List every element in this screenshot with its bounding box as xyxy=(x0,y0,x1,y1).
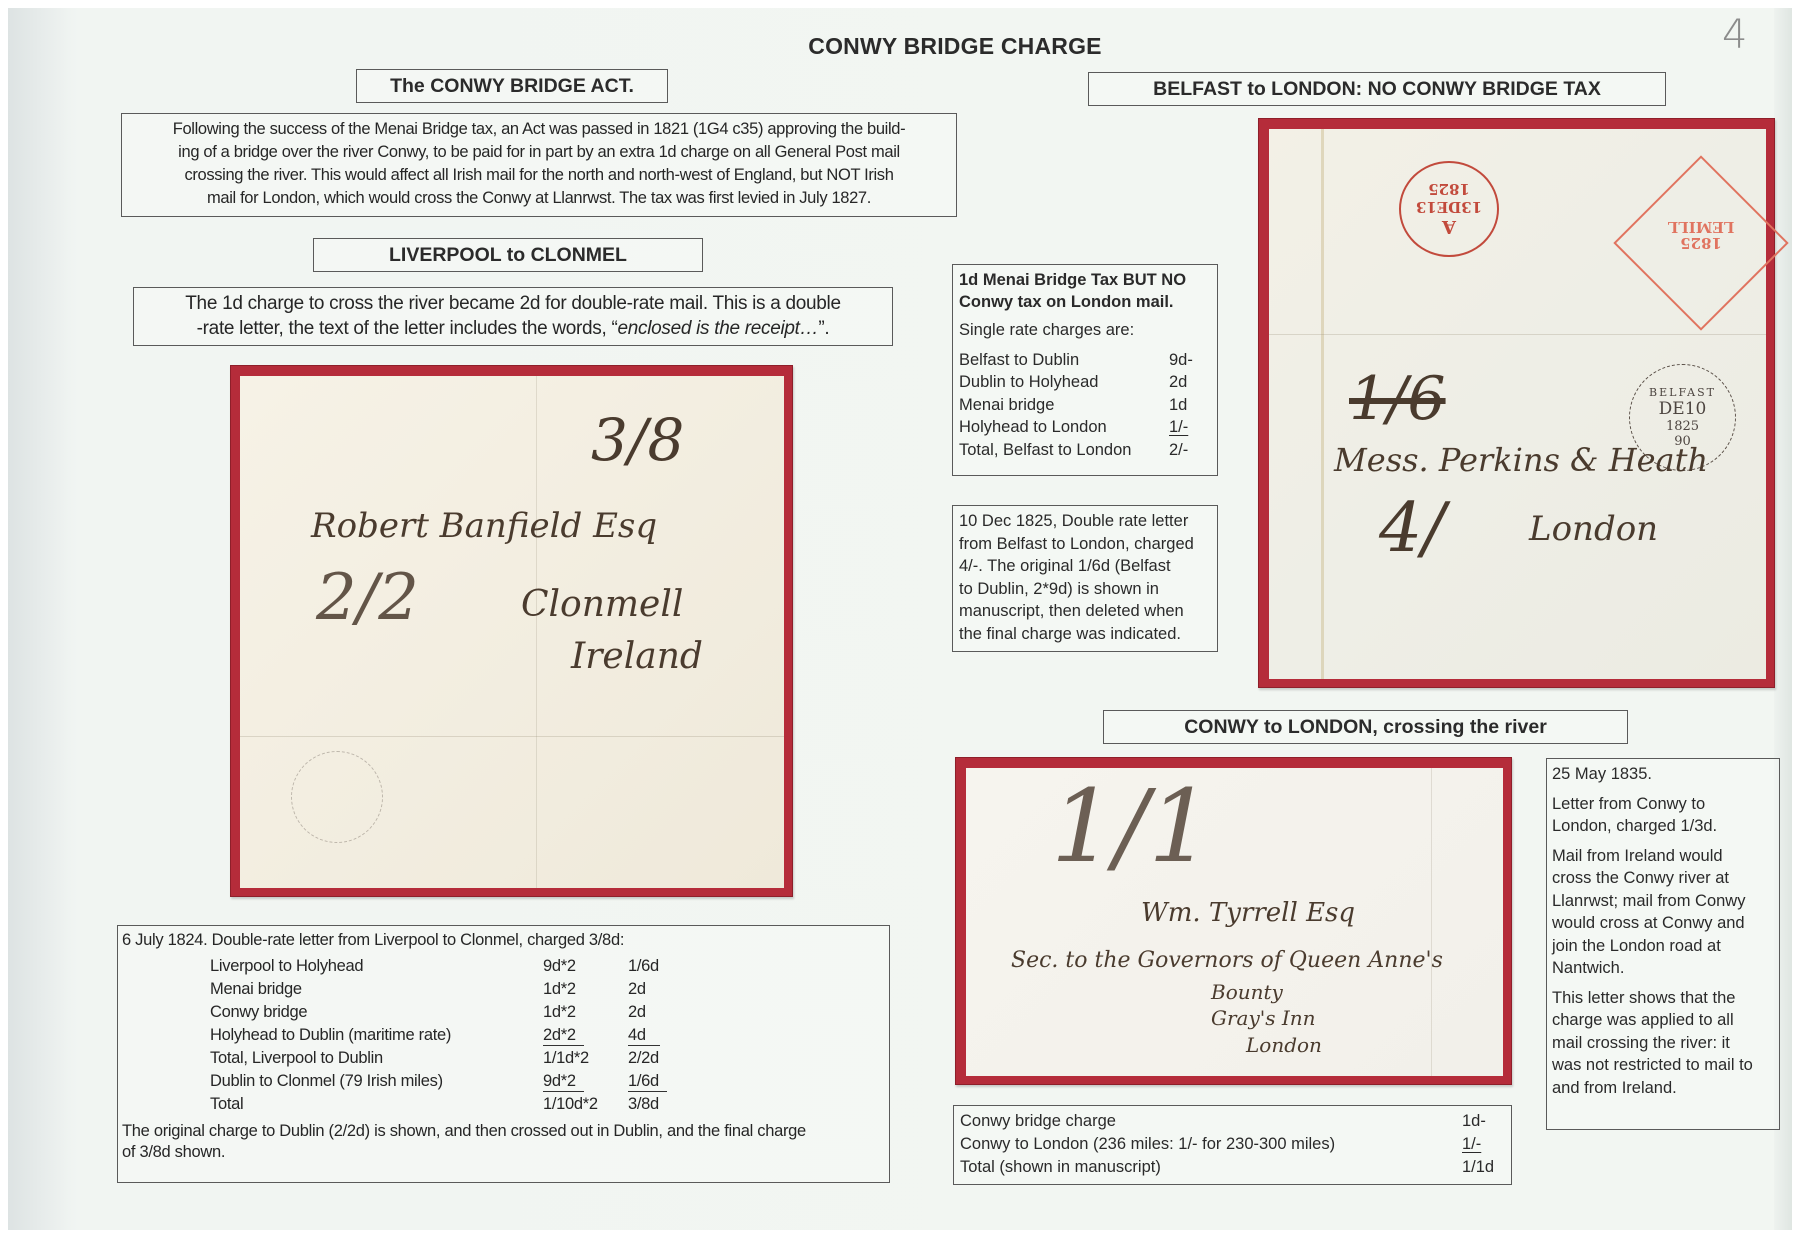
row-label: Dublin to Clonmel (79 Irish miles) xyxy=(122,1070,543,1093)
row-label: Menai bridge xyxy=(122,978,543,1001)
belfast-rates-box: 1d Menai Bridge Tax BUT NO Conwy tax on … xyxy=(952,264,1218,476)
note-paragraph: This letter shows that the charge was ap… xyxy=(1552,987,1774,1100)
table-row: Holyhead to Dublin (maritime rate) 2d*2 … xyxy=(122,1024,885,1047)
note-line: Letter from Conwy to xyxy=(1552,793,1774,816)
row-rate: 9d*2 xyxy=(543,955,628,978)
note-line: Nantwich. xyxy=(1552,957,1774,980)
fold-line xyxy=(1321,129,1324,679)
charge-row: Total (shown in manuscript) 1/1d xyxy=(960,1156,1505,1179)
act-heading-box: The CONWY BRIDGE ACT. xyxy=(356,69,668,103)
liverpool-cover-image: 3/8 Robert Banfield Esq 2/2 Clonmell Ire… xyxy=(230,365,793,897)
rate-amount: 1d xyxy=(1169,394,1187,417)
deleted-charge: 2/2 xyxy=(316,561,419,635)
row-rate: 1d*2 xyxy=(543,1001,628,1024)
charge-label: Total (shown in manuscript) xyxy=(960,1156,1462,1179)
charge-amount: 1d- xyxy=(1462,1110,1486,1133)
postmark-letter: A xyxy=(1442,217,1456,238)
page-number: 4 xyxy=(1722,12,1747,58)
rate-label: Total, Belfast to London xyxy=(959,439,1169,462)
note-line: mail crossing the river: it xyxy=(1552,1032,1774,1055)
belfast-cover-image: A 13DE13 1825 1825 LEMILL BELFAST DE10 1… xyxy=(1258,118,1775,688)
belfast-heading: BELFAST to LONDON: NO CONWY BRIDGE TAX xyxy=(1153,78,1601,101)
liverpool-postmark xyxy=(291,751,383,843)
row-amount: 2d xyxy=(628,1001,688,1024)
conwy-heading-box: CONWY to LONDON, crossing the river xyxy=(1103,710,1628,744)
address-line: Gray's Inn xyxy=(1211,1006,1316,1030)
table-row: Total 1/10d*2 3/8d xyxy=(122,1093,885,1116)
page-title: CONWY BRIDGE CHARGE xyxy=(755,33,1155,63)
conwy-heading: CONWY to LONDON, crossing the river xyxy=(1184,716,1547,739)
row-rate: 1d*2 xyxy=(543,978,628,1001)
note-line: cross the Conwy river at xyxy=(1552,867,1774,890)
row-amount: 1/6d xyxy=(628,1072,667,1092)
detail-heading: 6 July 1824. Double-rate letter from Liv… xyxy=(122,929,885,952)
note-line: manuscript, then deleted when xyxy=(959,600,1211,623)
act-text-line: crossing the river. This would affect al… xyxy=(122,164,956,187)
postmark-date: 13DE13 xyxy=(1416,199,1482,217)
liverpool-intro-line2: -rate letter, the text of the letter inc… xyxy=(134,316,892,341)
address-line: Wm. Tyrrell Esq xyxy=(1141,898,1355,928)
diamond-line: 1825 xyxy=(1656,235,1746,251)
diamond-line: LEMILL xyxy=(1656,219,1746,235)
charge-mark: 3/8 xyxy=(591,406,684,474)
diamond-stamp-text: 1825 LEMILL xyxy=(1656,219,1746,251)
row-amount: 2/2d xyxy=(628,1047,688,1070)
rate-row: Menai bridge 1d xyxy=(959,394,1211,417)
note-line: 10 Dec 1825, Double rate letter xyxy=(959,510,1211,533)
charge-amount: 1/- xyxy=(1462,1133,1481,1156)
row-label: Holyhead to Dublin (maritime rate) xyxy=(122,1024,543,1047)
rate-amount: 9d- xyxy=(1169,349,1193,372)
note-line: the final charge was indicated. xyxy=(959,623,1211,646)
charge-row: Conwy to London (236 miles: 1/- for 230-… xyxy=(960,1133,1505,1156)
rate-amount: 1/- xyxy=(1169,416,1188,439)
intro-suffix: ”. xyxy=(818,318,829,339)
address-line: London xyxy=(1246,1033,1322,1057)
row-amount: 2d xyxy=(628,978,688,1001)
charge-mark: 1/1 xyxy=(1051,768,1212,885)
postmark-year: 1825 xyxy=(1666,419,1699,434)
table-row: Total, Liverpool to Dublin 1/1d*2 2/2d xyxy=(122,1047,885,1070)
rate-amount: 2d xyxy=(1169,371,1187,394)
act-text-box: Following the success of the Menai Bridg… xyxy=(121,113,957,217)
page-left-shadow xyxy=(8,8,66,1230)
charge-label: Conwy to London (236 miles: 1/- for 230-… xyxy=(960,1133,1462,1156)
row-label: Total, Liverpool to Dublin xyxy=(122,1047,543,1070)
note-line: Mail from Ireland would xyxy=(1552,845,1774,868)
row-label: Conwy bridge xyxy=(122,1001,543,1024)
address-line: Sec. to the Governors of Queen Anne's xyxy=(1011,948,1443,973)
belfast-heading-box: BELFAST to LONDON: NO CONWY BRIDGE TAX xyxy=(1088,72,1666,106)
note-line: to Dublin, 2*9d) is shown in xyxy=(959,578,1211,601)
intro-quote: enclosed is the receipt… xyxy=(618,318,819,339)
fold-line xyxy=(240,736,784,737)
liverpool-intro-box: The 1d charge to cross the river became … xyxy=(133,287,893,346)
detail-footer: The original charge to Dublin (2/2d) is … xyxy=(122,1121,885,1163)
fold-line xyxy=(1431,768,1432,1076)
rates-heading: 1d Menai Bridge Tax BUT NO xyxy=(959,269,1211,291)
charge-label: Conwy bridge charge xyxy=(960,1110,1462,1133)
rates-heading: Conwy tax on London mail. xyxy=(959,291,1211,313)
rate-row: Belfast to Dublin 9d- xyxy=(959,349,1211,372)
note-line: London, charged 1/3d. xyxy=(1552,815,1774,838)
conwy-charges-box: Conwy bridge charge 1d- Conwy to London … xyxy=(953,1105,1512,1185)
act-text-line: mail for London, which would cross the C… xyxy=(122,187,956,210)
note-line: was not restricted to mail to xyxy=(1552,1054,1774,1077)
address-line: Bounty xyxy=(1211,980,1283,1004)
rates-subheading: Single rate charges are: xyxy=(959,319,1211,342)
row-rate: 2d*2 xyxy=(543,1026,584,1046)
note-paragraph: Mail from Ireland would cross the Conwy … xyxy=(1552,845,1774,980)
charge-amount: 1/1d xyxy=(1462,1156,1494,1179)
postmark-date: DE10 xyxy=(1659,399,1707,419)
rate-amount: 2/- xyxy=(1169,439,1188,462)
fold-line xyxy=(536,376,537,888)
row-rate: 9d*2 xyxy=(543,1072,584,1092)
note-line: 4/-. The original 1/6d (Belfast xyxy=(959,555,1211,578)
rate-label: Belfast to Dublin xyxy=(959,349,1169,372)
postmark-town: BELFAST xyxy=(1649,386,1716,399)
final-charge: 4/ xyxy=(1379,489,1445,568)
postmark-year: 1825 xyxy=(1428,181,1470,199)
row-label: Total xyxy=(122,1093,543,1116)
row-amount: 1/6d xyxy=(628,955,688,978)
rate-label: Dublin to Holyhead xyxy=(959,371,1169,394)
liverpool-intro-line1: The 1d charge to cross the river became … xyxy=(134,291,892,316)
detail-footer-line: of 3/8d shown. xyxy=(122,1142,885,1163)
rate-label: Menai bridge xyxy=(959,394,1169,417)
act-text-line: ing of a bridge over the river Conwy, to… xyxy=(122,141,956,164)
liverpool-heading-box: LIVERPOOL to CLONMEL xyxy=(313,238,703,272)
belfast-note-box: 10 Dec 1825, Double rate letter from Bel… xyxy=(952,505,1218,652)
row-label: Liverpool to Holyhead xyxy=(122,955,543,978)
charge-row: Conwy bridge charge 1d- xyxy=(960,1110,1505,1133)
table-row: Menai bridge 1d*2 2d xyxy=(122,978,885,1001)
intro-prefix: -rate letter, the text of the letter inc… xyxy=(197,318,618,339)
act-text-line: Following the success of the Menai Bridg… xyxy=(122,118,956,141)
liverpool-heading: LIVERPOOL to CLONMEL xyxy=(389,244,627,267)
note-line: and from Ireland. xyxy=(1552,1077,1774,1100)
deleted-charge: 1/6 xyxy=(1349,364,1446,434)
conwy-cover-image: 1/1 Wm. Tyrrell Esq Sec. to the Governor… xyxy=(955,757,1512,1085)
note-line: charge was applied to all xyxy=(1552,1009,1774,1032)
row-amount: 3/8d xyxy=(628,1093,688,1116)
table-row: Conwy bridge 1d*2 2d xyxy=(122,1001,885,1024)
rate-label: Holyhead to London xyxy=(959,416,1169,439)
address-line: Mess. Perkins & Heath xyxy=(1334,441,1708,479)
detail-footer-line: The original charge to Dublin (2/2d) is … xyxy=(122,1121,885,1142)
conwy-note-box: 25 May 1835. Letter from Conwy to London… xyxy=(1546,758,1780,1130)
note-line: This letter shows that the xyxy=(1552,987,1774,1010)
row-rate: 1/10d*2 xyxy=(543,1093,628,1116)
address-line: London xyxy=(1529,509,1658,549)
fold-line xyxy=(1269,334,1766,335)
rate-row: Total, Belfast to London 2/- xyxy=(959,439,1211,462)
note-line: would cross at Conwy and xyxy=(1552,912,1774,935)
table-row: Liverpool to Holyhead 9d*2 1/6d xyxy=(122,955,885,978)
address-line: Robert Banfield Esq xyxy=(311,506,657,546)
act-heading: The CONWY BRIDGE ACT. xyxy=(390,75,634,98)
red-postmark: A 13DE13 1825 xyxy=(1399,161,1499,257)
liverpool-detail-box: 6 July 1824. Double-rate letter from Liv… xyxy=(117,925,890,1183)
note-line: Llanrwst; mail from Conwy xyxy=(1552,890,1774,913)
address-line: Clonmell xyxy=(521,584,683,625)
row-rate: 1/1d*2 xyxy=(543,1047,628,1070)
row-amount: 4d xyxy=(628,1026,660,1046)
note-line: from Belfast to London, charged xyxy=(959,533,1211,556)
note-date: 25 May 1835. xyxy=(1552,763,1774,786)
rate-row: Dublin to Holyhead 2d xyxy=(959,371,1211,394)
note-line: join the London road at xyxy=(1552,935,1774,958)
rate-row: Holyhead to London 1/- xyxy=(959,416,1211,439)
table-row: Dublin to Clonmel (79 Irish miles) 9d*2 … xyxy=(122,1070,885,1093)
address-line: Ireland xyxy=(571,636,703,677)
note-paragraph: Letter from Conwy to London, charged 1/3… xyxy=(1552,793,1774,838)
